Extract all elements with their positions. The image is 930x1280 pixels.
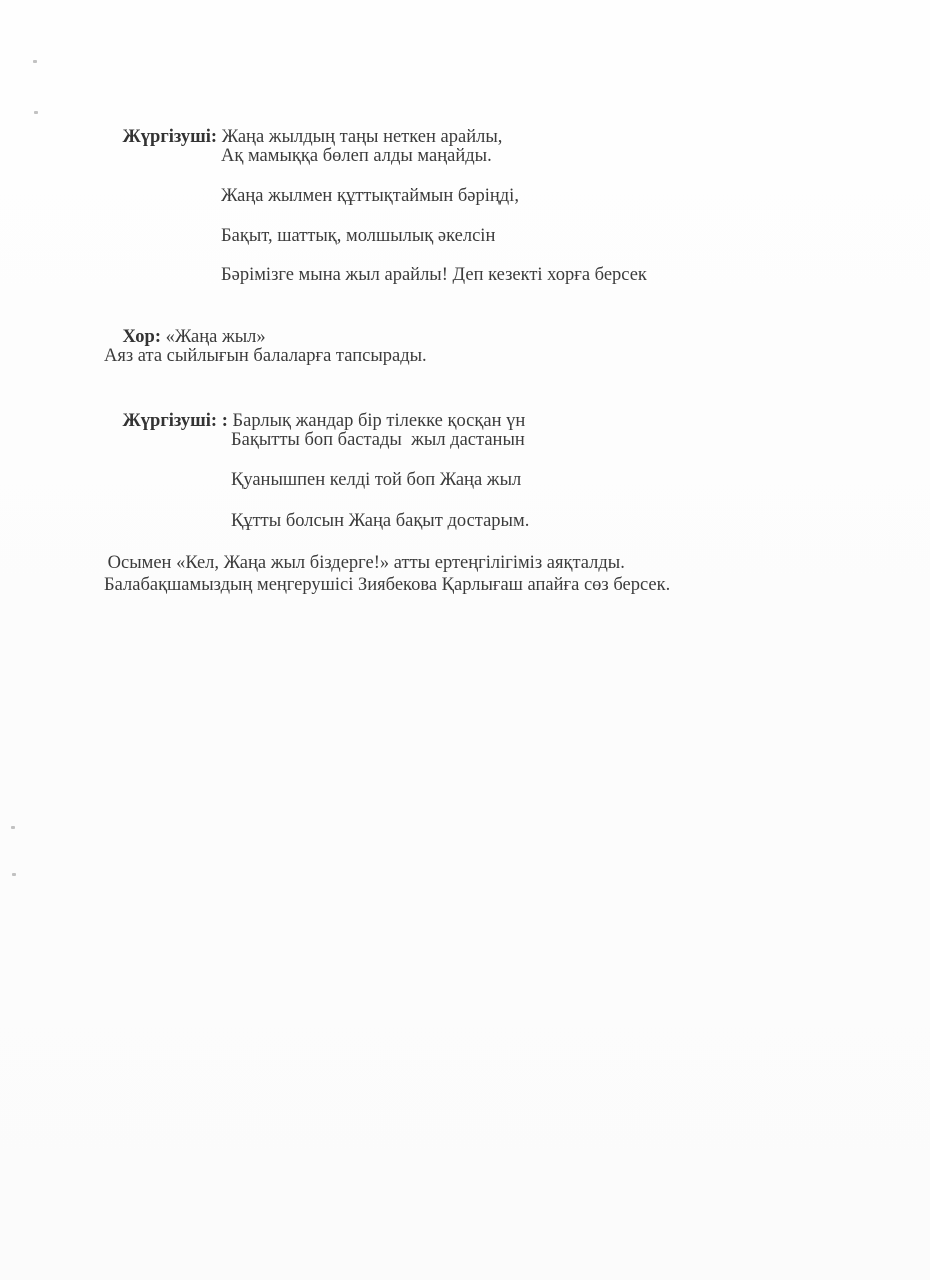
- speaker-label: Хор:: [123, 327, 162, 347]
- verse-line: Бәрімізге мына жыл арайлы! Деп кезекті х…: [221, 264, 647, 286]
- scan-speck: [12, 873, 16, 876]
- verse-text: Жаңа жылдың таңы неткен арайлы,: [222, 127, 503, 147]
- verse-text: Барлық жандар бір тілекке қосқан үн: [233, 411, 526, 431]
- scan-speck: [34, 111, 38, 114]
- scan-speck: [11, 826, 15, 829]
- verse-line: Ақ мамыққа бөлеп алды маңайды.: [221, 145, 492, 167]
- document-page: Жүргізуші: Жаңа жылдың таңы неткен арайл…: [0, 0, 930, 1280]
- verse-line: Қуанышпен келді той боп Жаңа жыл: [231, 469, 521, 491]
- verse-line: Құтты болсын Жаңа бақыт достарым.: [231, 510, 529, 532]
- closing-line: Осымен «Кел, Жаңа жыл біздерге!» атты ер…: [103, 552, 625, 574]
- song-title: «Жаңа жыл»: [166, 327, 266, 347]
- speaker-label: Жүргізуші:: [123, 127, 218, 147]
- speaker-label: Жүргізуші: :: [123, 411, 228, 431]
- scan-speck: [33, 60, 37, 63]
- verse-line: Жаңа жылмен құттықтаймын бәріңді,: [221, 185, 519, 207]
- verse-line: Бақыт, шаттық, молшылық әкелсін: [221, 225, 495, 247]
- verse-line: Бақытты боп бастады жыл дастанын: [231, 429, 525, 451]
- stage-direction: Аяз ата сыйлығын балаларға тапсырады.: [104, 345, 427, 367]
- closing-line: Балабақшамыздың меңгерушісі Зиябекова Қа…: [104, 574, 670, 596]
